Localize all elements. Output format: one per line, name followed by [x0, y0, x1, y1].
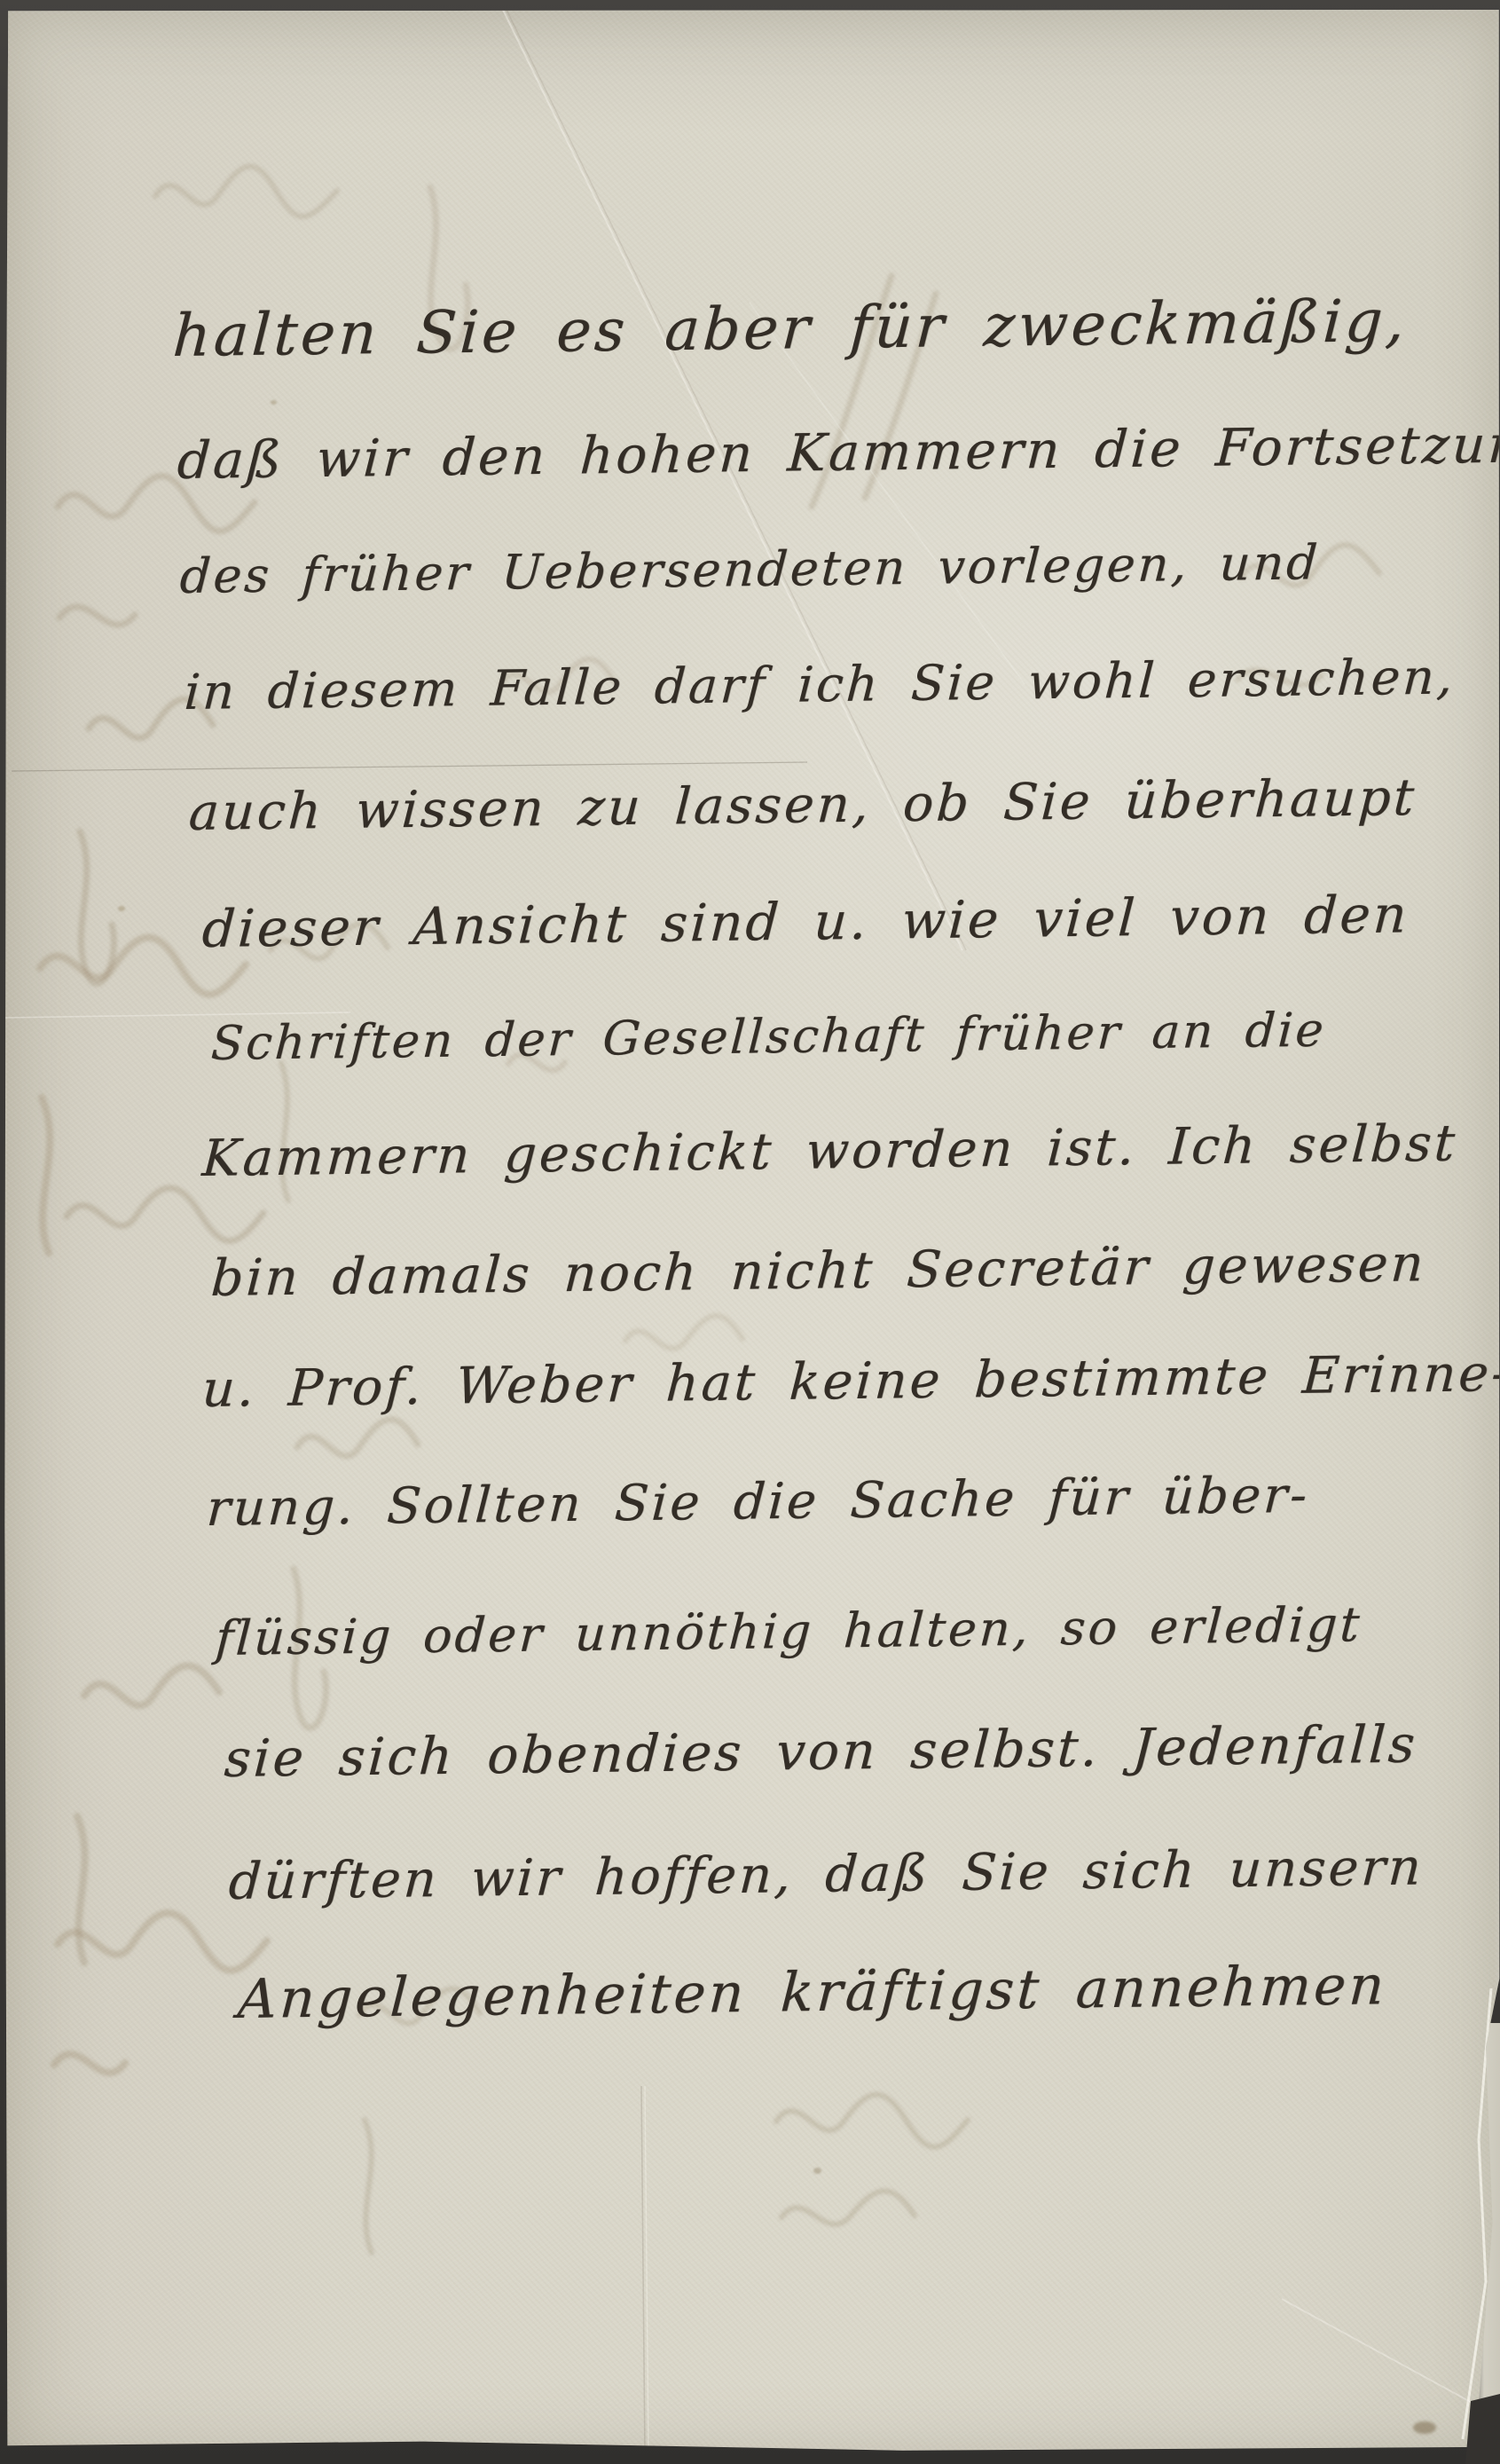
handwriting-line-5: auch wissen zu lassen, ob Sie überhaupt [187, 768, 1418, 842]
handwriting-line-12: flüssig oder unnöthig halten, so erledig… [214, 1596, 1363, 1666]
scanner-background: halten Sie es aber für zweckmäßig, daß w… [0, 0, 1500, 2464]
handwriting-line-13: sie sich obendies von selbst. Jedenfalls [223, 1714, 1419, 1789]
handwriting-line-4: in diesem Falle darf ich Sie wohl ersuch… [183, 648, 1457, 720]
handwriting-line-8: Kammern geschickt worden ist. Ich selbst [200, 1114, 1459, 1188]
stain-mark [1413, 2421, 1436, 2434]
handwriting-line-11: rung. Sollten Sie die Sache für über- [205, 1467, 1311, 1538]
handwriting-line-1: halten Sie es aber für zweckmäßig, [171, 287, 1410, 370]
paper-creases [4, 10, 1491, 2452]
handwriting-line-14: dürften wir hoffen, daß Sie sich unsern [227, 1838, 1425, 1912]
stain-speck [271, 400, 277, 405]
handwriting-line-2: daß wir den hohen Kammern die Fortsetzun… [176, 413, 1500, 491]
stain-speck [813, 2168, 821, 2174]
bleedthrough-and-crease-marks [4, 10, 1500, 2452]
handwriting-line-9: bin damals noch nicht Secretär gewesen [209, 1234, 1427, 1308]
letter-page: halten Sie es aber für zweckmäßig, daß w… [4, 10, 1500, 2452]
paper-grain-texture [4, 10, 1500, 2452]
handwriting-line-15: Angelegenheiten kräftigst annehmen [236, 1954, 1388, 2031]
handwriting-line-3: des früher Uebersendeten vorlegen, und [178, 534, 1321, 604]
stain-speck [118, 906, 125, 911]
handwriting-line-10: u. Prof. Weber hat keine bestimmte Erinn… [200, 1344, 1500, 1419]
handwriting-line-7: Schriften der Gesellschaft früher an die [209, 1004, 1327, 1071]
handwriting-line-6: dieser Ansicht sind u. wie viel von den [200, 884, 1411, 959]
